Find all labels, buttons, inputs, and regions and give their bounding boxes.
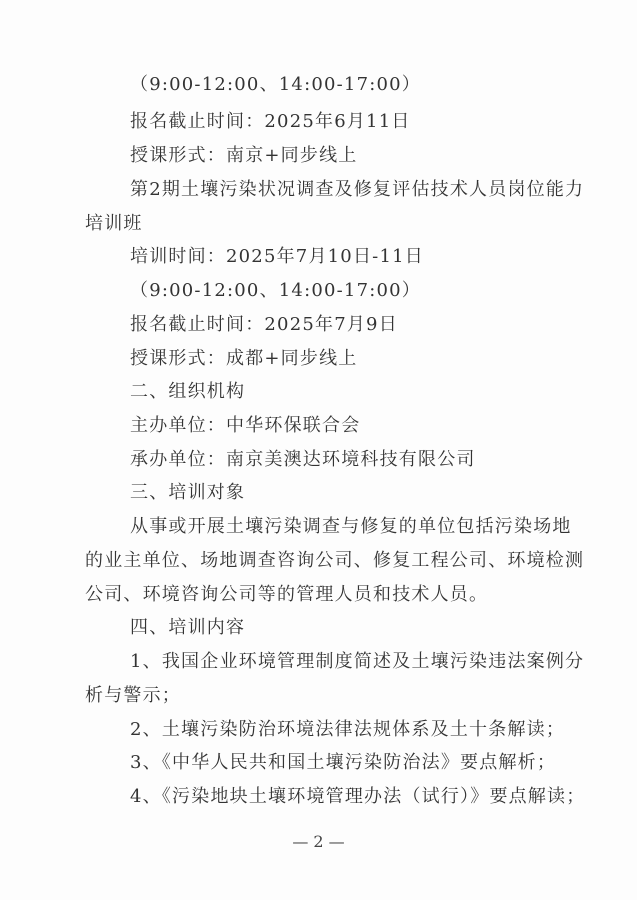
text-line: 析与警示； xyxy=(85,685,181,707)
text-line: 承办单位：南京美澳达环境科技有限公司 xyxy=(130,449,476,471)
list-item: 4、《污染地块土壤环境管理办法（试行）》要点解读； xyxy=(130,786,585,808)
text-line: （9:00-12:00、14:00-17:00） xyxy=(130,74,421,96)
page-number: — 2 — xyxy=(0,832,637,851)
text-line: 第2期土壤污染状况调查及修复评估技术人员岗位能力 xyxy=(130,179,584,201)
document-page: （9:00-12:00、14:00-17:00） 报名截止时间：2025年6月1… xyxy=(0,0,637,900)
section-heading: 四、培训内容 xyxy=(130,617,245,639)
text-line: 培训班 xyxy=(85,213,143,235)
text-line: 公司、环境咨询公司等的管理人员和技术人员。 xyxy=(85,584,488,606)
section-heading: 三、培训对象 xyxy=(130,482,245,504)
text-line: 报名截止时间：2025年6月11日 xyxy=(130,111,411,133)
list-item: 2、土壤污染防治环境法律法规体系及土十条解读； xyxy=(130,719,565,741)
text-line: 授课形式：南京+同步线上 xyxy=(130,145,357,167)
list-item: 3、《中华人民共和国土壤污染防治法》要点解析； xyxy=(130,752,556,774)
text-line: 主办单位：中华环保联合会 xyxy=(130,415,360,437)
list-item: 1、我国企业环境管理制度简述及土壤污染违法案例分 xyxy=(130,651,584,673)
text-line: （9:00-12:00、14:00-17:00） xyxy=(130,280,421,302)
text-line: 报名截止时间：2025年7月9日 xyxy=(130,314,398,336)
text-line: 培训时间：2025年7月10日-11日 xyxy=(130,246,424,268)
text-line: 的业主单位、场地调查咨询公司、修复工程公司、环境检测 xyxy=(85,550,584,572)
text-line: 授课形式：成都+同步线上 xyxy=(130,348,357,370)
section-heading: 二、组织机构 xyxy=(130,381,245,403)
text-line: 从事或开展土壤污染调查与修复的单位包括污染场地 xyxy=(130,516,572,538)
